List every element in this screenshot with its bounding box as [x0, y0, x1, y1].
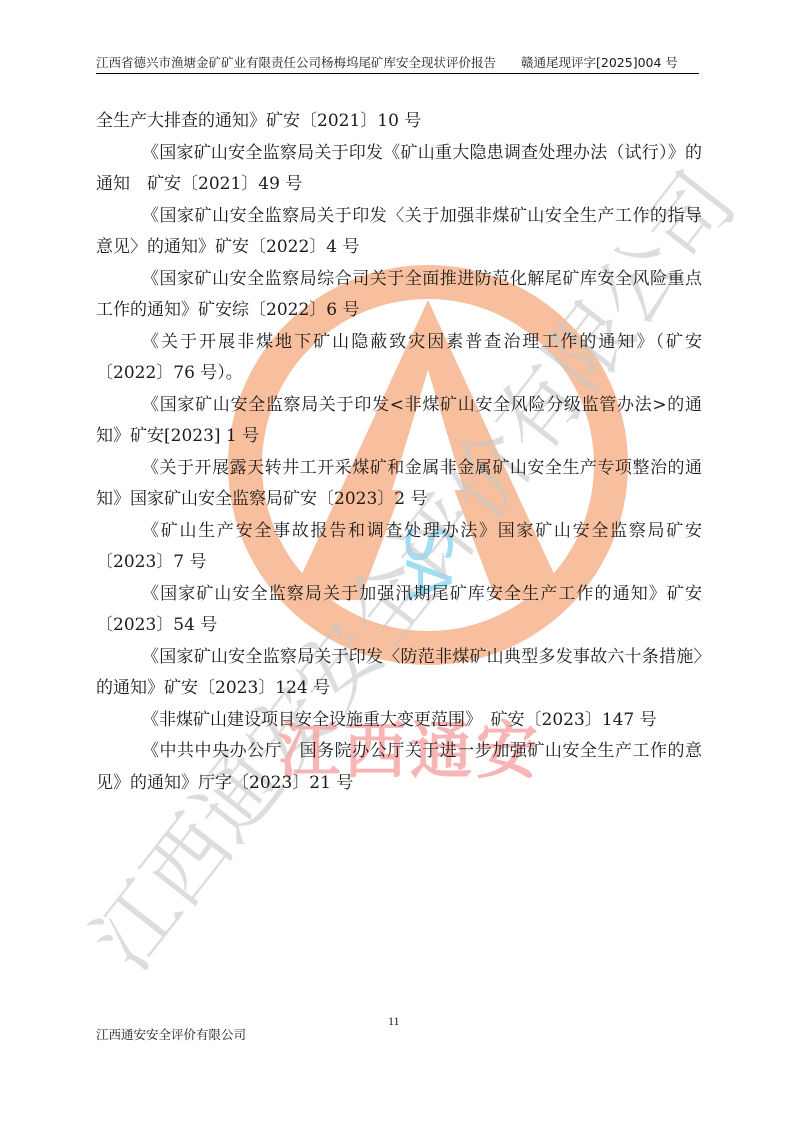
footer-company: 江西通安安全评价有限公司 [96, 1025, 246, 1043]
document-body: 全生产大排查的通知》矿安〔2021〕10 号 《国家矿山安全监察局关于印发《矿山… [96, 106, 702, 799]
report-title: 江西省德兴市渔塘金矿矿业有限责任公司杨梅坞尾矿库安全现状评价报告 [96, 55, 496, 71]
paragraph: 《矿山生产安全事故报告和调查处理办法》国家矿山安全监察局矿安〔2023〕7 号 [96, 516, 702, 579]
paragraph: 《关于开展非煤地下矿山隐蔽致灾因素普查治理工作的通知》（矿安〔2022〕76 号… [96, 327, 702, 390]
paragraph: 《非煤矿山建设项目安全设施重大变更范围》 矿安〔2023〕147 号 [96, 705, 702, 737]
paragraph: 全生产大排查的通知》矿安〔2021〕10 号 [96, 106, 702, 138]
page-header: 江西省德兴市渔塘金矿矿业有限责任公司杨梅坞尾矿库安全现状评价报告 赣通尾现评字[… [96, 55, 699, 74]
page-number: 11 [388, 1014, 400, 1029]
paragraph: 《关于开展露天转井工开采煤矿和金属非金属矿山安全生产专项整治的通知》国家矿山安全… [96, 453, 702, 516]
paragraph: 《国家矿山安全监察局关于加强汛期尾矿库安全生产工作的通知》矿安〔2023〕54 … [96, 579, 702, 642]
paragraph: 《国家矿山安全监察局关于印发《矿山重大隐患调查处理办法（试行）》的通知 矿安〔2… [96, 138, 702, 201]
paragraph: 《国家矿山安全监察局关于印发<非煤矿山安全风险分级监管办法>的通知》矿安[202… [96, 390, 702, 453]
paragraph: 《国家矿山安全监察局关于印发〈防范非煤矿山典型多发事故六十条措施〉的通知》矿安〔… [96, 642, 702, 705]
paragraph: 《国家矿山安全监察局关于印发〈关于加强非煤矿山安全生产工作的指导意见〉的通知》矿… [96, 201, 702, 264]
paragraph: 《中共中央办公厅 国务院办公厅关于进一步加强矿山安全生产工作的意见》的通知》厅字… [96, 736, 702, 799]
document-number: 赣通尾现评字[2025]004 号 [521, 55, 678, 71]
paragraph: 《国家矿山安全监察局综合司关于全面推进防范化解尾矿库安全风险重点工作的通知》矿安… [96, 264, 702, 327]
